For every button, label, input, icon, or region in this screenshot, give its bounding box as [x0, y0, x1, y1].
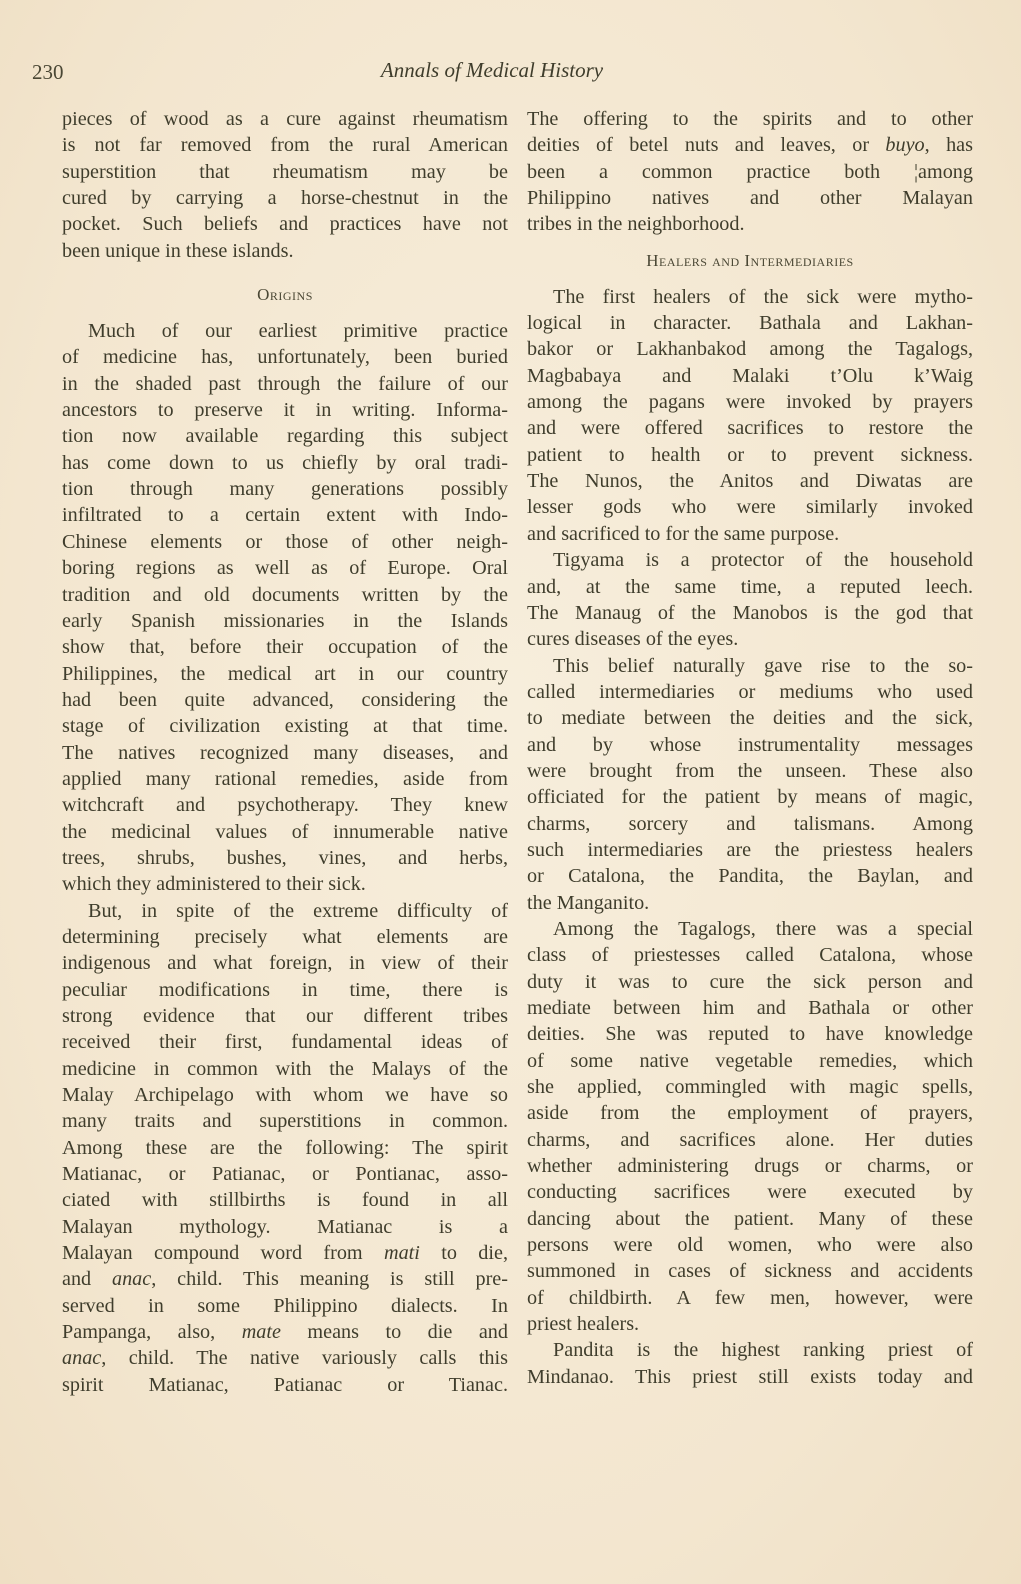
text-line: dancing about the patient. Many of these — [527, 1206, 973, 1232]
text-line: or Catalona, the Pandita, the Baylan, an… — [527, 863, 973, 889]
text-line: and, at the same time, a reputed leech. — [527, 574, 973, 600]
text-line: officiated for the patient by means of m… — [527, 784, 973, 810]
text-line: determining precisely what elements are — [62, 924, 508, 950]
text-line: called intermediaries or mediums who use… — [527, 679, 973, 705]
text-line: peculiar modifications in time, there is — [62, 977, 508, 1003]
text-line: tribes in the neighborhood. — [527, 211, 973, 237]
text-line: many traits and superstitions in common. — [62, 1108, 508, 1134]
text-line: tion now available regarding this subjec… — [62, 423, 508, 449]
text-line: ciated with stillbirths is found in all — [62, 1187, 508, 1213]
italic-term: anac — [112, 1268, 151, 1290]
text-line: served in some Philippino dialects. In — [62, 1293, 508, 1319]
text-line: spirit Matianac, Patianac or Tianac. — [62, 1372, 508, 1398]
intro-paragraph: pieces of wood as a cure against rheumat… — [62, 106, 508, 264]
text-line: infiltrated to a certain extent with Ind… — [62, 502, 508, 528]
text-line: Tigyama is a protector of the household — [527, 547, 973, 573]
text-line: such intermediaries are the priestess he… — [527, 837, 973, 863]
paragraph: Among the Tagalogs, there was a special … — [527, 916, 973, 1338]
text-line: Mindanao. This priest still exists today… — [527, 1364, 973, 1390]
text-line: duty it was to cure the sick person and — [527, 969, 973, 995]
text-line: had been quite advanced, considering the — [62, 687, 508, 713]
text-line: anac, child. The native variously calls … — [62, 1345, 508, 1371]
text-line: lesser gods who were similarly invoked — [527, 494, 973, 520]
text-line: strong evidence that our different tribe… — [62, 1003, 508, 1029]
text-line: Among these are the following: The spiri… — [62, 1135, 508, 1161]
text-line: pieces of wood as a cure against rheumat… — [62, 106, 508, 132]
text-line: persons were old women, who were also — [527, 1232, 973, 1258]
text-line: cured by carrying a horse-chestnut in th… — [62, 185, 508, 211]
text-line: Magbabaya and Malaki t’Olu k’Waig — [527, 363, 973, 389]
paragraph: The first healers of the sick were mytho… — [527, 284, 973, 547]
text-line: class of priestesses called Catalona, wh… — [527, 942, 973, 968]
text-line: deities. She was reputed to have knowled… — [527, 1021, 973, 1047]
paragraph: But, in spite of the extreme difficulty … — [62, 898, 508, 1399]
paragraph: Pandita is the highest ranking priest of… — [527, 1337, 973, 1390]
text-line: the Manganito. — [527, 890, 973, 916]
text-line: patient to health or to prevent sickness… — [527, 442, 973, 468]
text-line: cures diseases of the eyes. — [527, 626, 973, 652]
text-line: Among the Tagalogs, there was a special — [527, 916, 973, 942]
section-heading-healers: Healers and Intermediaries — [527, 248, 973, 274]
text-line: among the pagans were invoked by prayers — [527, 389, 973, 415]
intro-paragraph: The offering to the spirits and to other… — [527, 106, 973, 238]
text-line: aside from the employment of prayers, — [527, 1100, 973, 1126]
text-line: and anac, child. This meaning is still p… — [62, 1266, 508, 1292]
text-line: trees, shrubs, bushes, vines, and herbs, — [62, 845, 508, 871]
text-line: the medicinal values of innumerable nati… — [62, 819, 508, 845]
paragraph: Tigyama is a protector of the household … — [527, 547, 973, 652]
text-line: applied many rational remedies, aside fr… — [62, 766, 508, 792]
text-line: Malayan compound word from mati to die, — [62, 1240, 508, 1266]
text-line: The Manaug of the Manobos is the god tha… — [527, 600, 973, 626]
text-line: Philippino natives and other Malayan — [527, 185, 973, 211]
text-line: mediate between him and Bathala or other — [527, 995, 973, 1021]
text-line: show that, before their occupation of th… — [62, 634, 508, 660]
text-line: This belief naturally gave rise to the s… — [527, 653, 973, 679]
text-line: been a common practice both ¦among — [527, 159, 973, 185]
italic-term: anac — [62, 1347, 101, 1369]
text-line: But, in spite of the extreme difficulty … — [62, 898, 508, 924]
text-line: bakor or Lakhanbakod among the Tagalogs, — [527, 336, 973, 362]
text-line: logical in character. Bathala and Lakhan… — [527, 310, 973, 336]
text-line: in the shaded past through the failure o… — [62, 371, 508, 397]
text-line: Chinese elements or those of other neigh… — [62, 529, 508, 555]
text-line: pocket. Such beliefs and practices have … — [62, 211, 508, 237]
text-line: she applied, commingled with magic spell… — [527, 1074, 973, 1100]
text-line: The natives recognized many diseases, an… — [62, 740, 508, 766]
text-line: Philippines, the medical art in our coun… — [62, 661, 508, 687]
text-line: been unique in these islands. — [62, 238, 508, 264]
italic-term: buyo — [885, 134, 924, 156]
text-line: were brought from the unseen. These also — [527, 758, 973, 784]
text-line: Malayan mythology. Matianac is a — [62, 1214, 508, 1240]
text-line: has come down to us chiefly by oral trad… — [62, 450, 508, 476]
text-line: conducting sacrifices were executed by — [527, 1179, 973, 1205]
text-line: superstition that rheumatism may be — [62, 159, 508, 185]
text-line: of some native vegetable remedies, which — [527, 1048, 973, 1074]
text-line: charms, sorcery and talismans. Among — [527, 811, 973, 837]
text-line: Malay Archipelago with whom we have so — [62, 1082, 508, 1108]
text-line: Pandita is the highest ranking priest of — [527, 1337, 973, 1363]
text-line: Pampanga, also, mate means to die and — [62, 1319, 508, 1345]
text-line: and by whose instrumentality messages — [527, 732, 973, 758]
text-line: whether administering drugs or charms, o… — [527, 1153, 973, 1179]
text-line: medicine in common with the Malays of th… — [62, 1056, 508, 1082]
text-line: Matianac, or Patianac, or Pontianac, ass… — [62, 1161, 508, 1187]
text-line: deities of betel nuts and leaves, or buy… — [527, 132, 973, 158]
text-line: witchcraft and psychotherapy. They knew — [62, 792, 508, 818]
left-column: pieces of wood as a cure against rheumat… — [62, 106, 508, 1398]
text-line: priest healers. — [527, 1311, 973, 1337]
text-line: summoned in cases of sickness and accide… — [527, 1258, 973, 1284]
paragraph: This belief naturally gave rise to the s… — [527, 653, 973, 916]
right-column: The offering to the spirits and to other… — [527, 106, 973, 1390]
text-line: of childbirth. A few men, however, were — [527, 1285, 973, 1311]
text-line: The first healers of the sick were mytho… — [527, 284, 973, 310]
text-line: of medicine has, unfortunately, been bur… — [62, 344, 508, 370]
italic-term: mate — [242, 1321, 281, 1343]
section-heading-origins: Origins — [62, 282, 508, 308]
page-header: 230 Annals of Medical History — [32, 56, 992, 92]
text-line: stage of civilization existing at that t… — [62, 713, 508, 739]
text-line: to mediate between the deities and the s… — [527, 705, 973, 731]
paragraph: Much of our earliest primitive practice … — [62, 318, 508, 898]
italic-term: mati — [384, 1242, 420, 1264]
text-line: Much of our earliest primitive practice — [62, 318, 508, 344]
text-line: received their first, fundamental ideas … — [62, 1029, 508, 1055]
text-line: tion through many generations possibly — [62, 476, 508, 502]
text-line: ancestors to preserve it in writing. Inf… — [62, 397, 508, 423]
text-line: indigenous and what foreign, in view of … — [62, 950, 508, 976]
text-line: and were offered sacrifices to restore t… — [527, 415, 973, 441]
text-line: tradition and old documents written by t… — [62, 582, 508, 608]
text-line: charms, and sacrifices alone. Her duties — [527, 1127, 973, 1153]
text-line: is not far removed from the rural Americ… — [62, 132, 508, 158]
text-line: The offering to the spirits and to other — [527, 106, 973, 132]
text-line: and sacrificed to for the same purpose. — [527, 521, 973, 547]
text-line: which they administered to their sick. — [62, 871, 508, 897]
text-line: The Nunos, the Anitos and Diwatas are — [527, 468, 973, 494]
text-line: early Spanish missionaries in the Island… — [62, 608, 508, 634]
text-line: boring regions as well as of Europe. Ora… — [62, 555, 508, 581]
running-title: Annals of Medical History — [32, 58, 992, 83]
